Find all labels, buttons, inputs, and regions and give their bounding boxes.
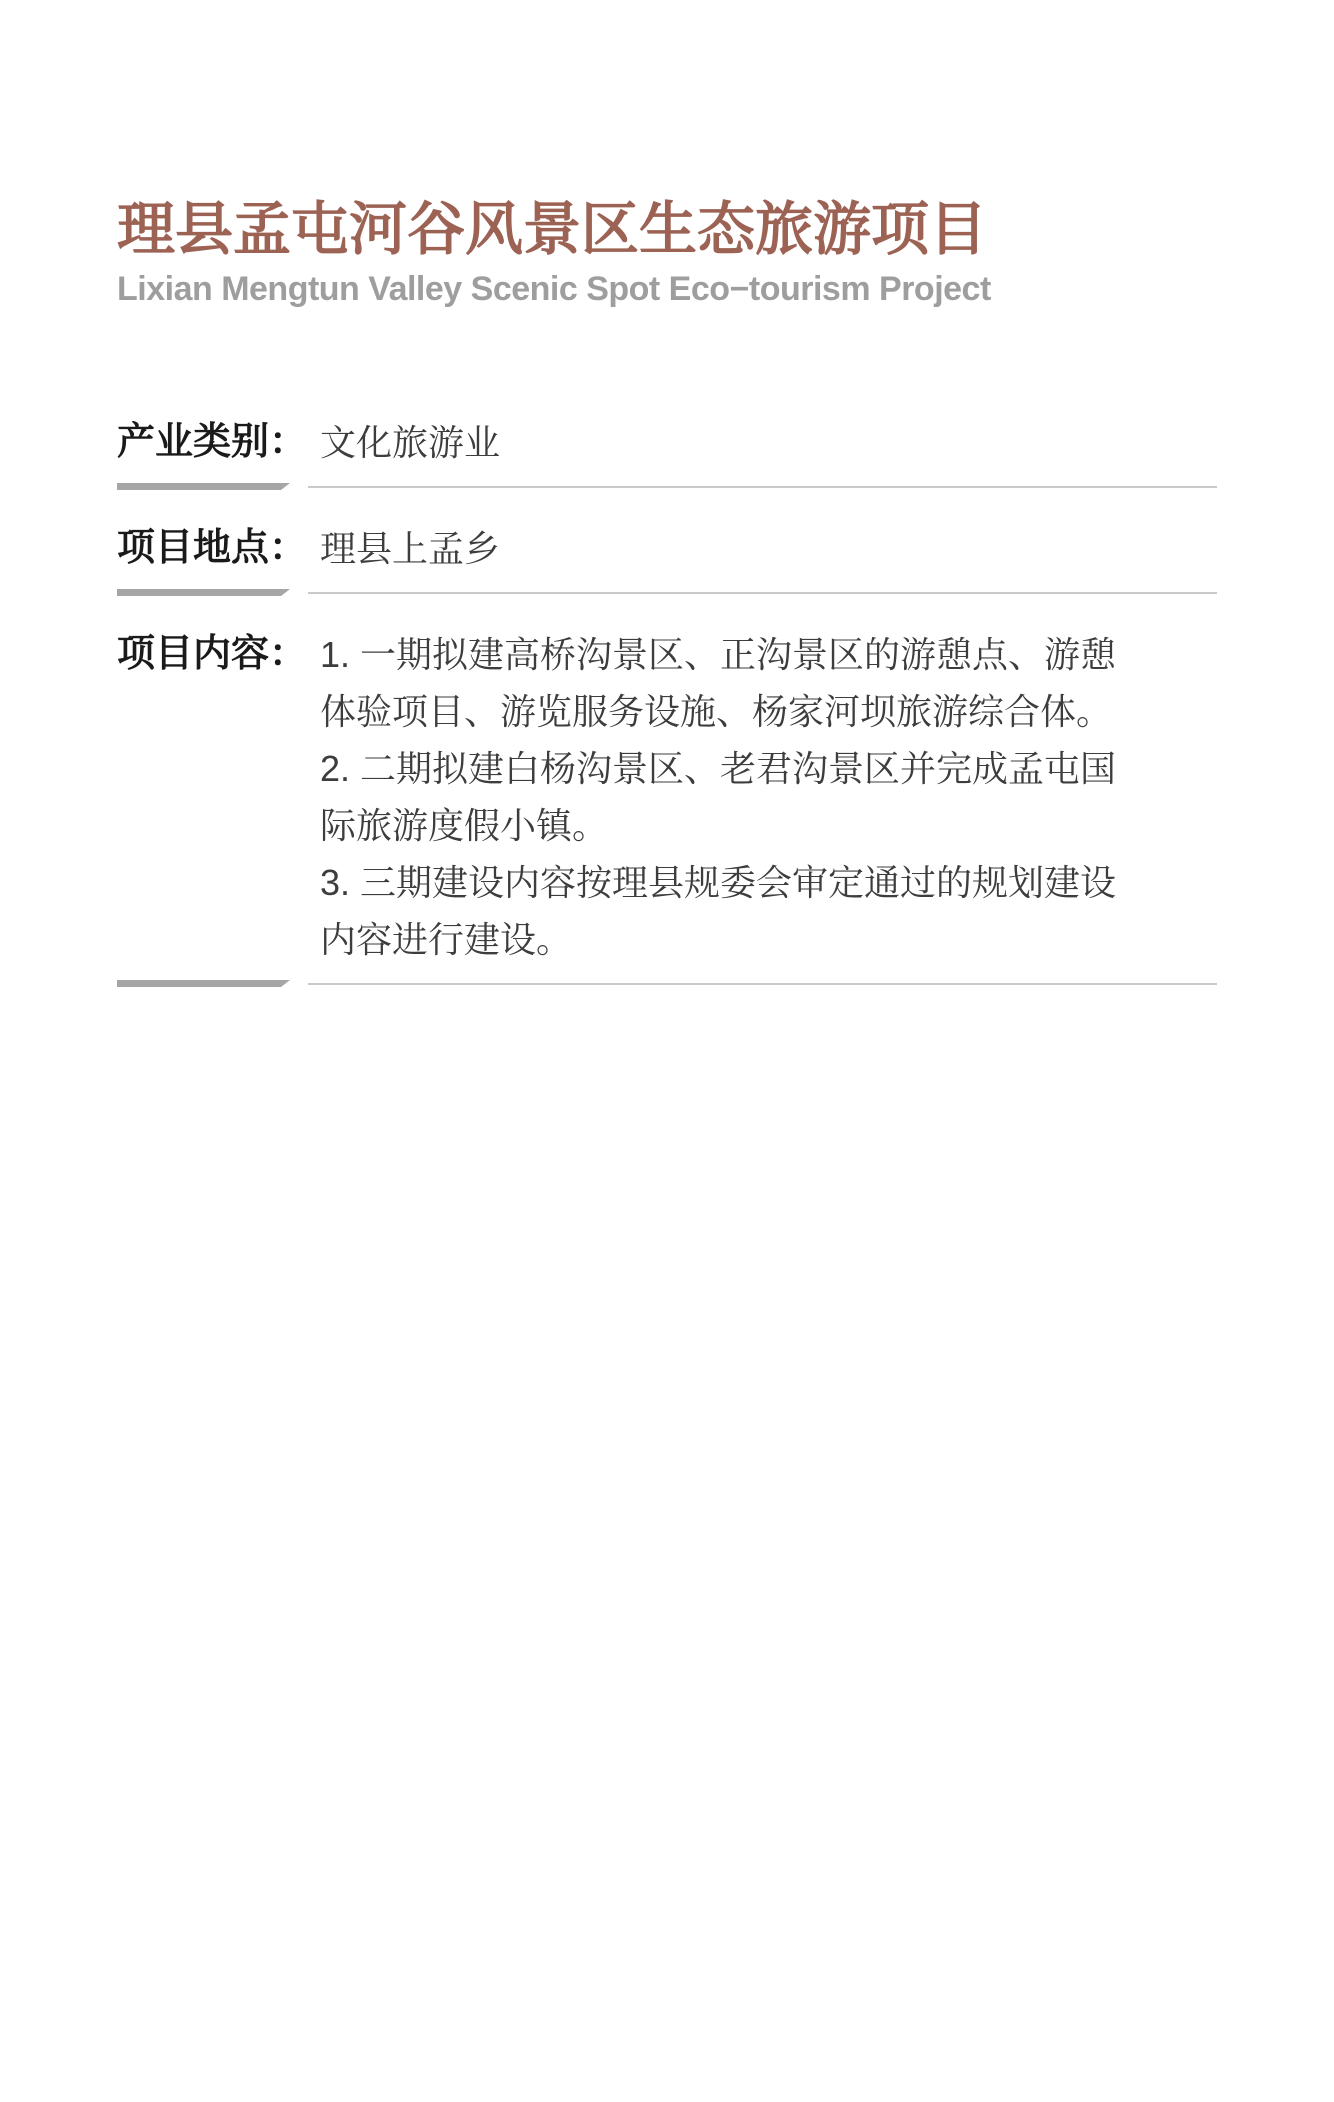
divider-thick-bar [117,980,290,987]
field-row-text: 项目地点： 理县上孟乡 [117,520,1334,577]
divider-gap [290,483,308,490]
divider [117,483,1334,490]
field-row-text: 产业类别： 文化旅游业 [117,414,1334,471]
field-value-project-content: 1. 一期拟建高桥沟景区、正沟景区的游憩点、游憩体验项目、游览服务设施、杨家河坝… [320,626,1130,968]
divider-thick-bar [117,589,290,596]
field-row-text: 项目内容： 1. 一期拟建高桥沟景区、正沟景区的游憩点、游憩体验项目、游览服务设… [117,626,1334,968]
project-content-phase-3: 3. 三期建设内容按理县规委会审定通过的规划建设内容进行建设。 [320,854,1130,968]
divider-thin-line [308,592,1217,594]
project-content-phase-2: 2. 二期拟建白杨沟景区、老君沟景区并完成孟屯国际旅游度假小镇。 [320,740,1130,854]
page-subtitle: Lixian Mengtun Valley Scenic Spot Eco−to… [117,269,1334,310]
field-row-project-location: 项目地点： 理县上孟乡 [117,520,1334,596]
field-row-industry-category: 产业类别： 文化旅游业 [117,414,1334,490]
divider-thin-line [308,983,1217,985]
field-label-industry-category: 产业类别： [117,414,320,471]
field-value-text: 理县上孟乡 [320,520,1130,577]
document-page: 理县孟屯河谷风景区生态旅游项目 Lixian Mengtun Valley Sc… [0,0,1334,2102]
field-list: 产业类别： 文化旅游业 项目地点： 理县上孟乡 [117,414,1334,987]
field-value-text: 文化旅游业 [320,414,1130,471]
field-value-project-location: 理县上孟乡 [320,520,1130,577]
divider [117,589,1334,596]
divider-gap [290,980,308,987]
field-value-industry-category: 文化旅游业 [320,414,1130,471]
field-label-project-location: 项目地点： [117,520,320,577]
divider [117,980,1334,987]
project-content-phase-1: 1. 一期拟建高桥沟景区、正沟景区的游憩点、游憩体验项目、游览服务设施、杨家河坝… [320,626,1130,740]
field-label-project-content: 项目内容： [117,626,320,683]
divider-thick-bar [117,483,290,490]
divider-gap [290,589,308,596]
divider-thin-line [308,486,1217,488]
field-row-project-content: 项目内容： 1. 一期拟建高桥沟景区、正沟景区的游憩点、游憩体验项目、游览服务设… [117,626,1334,987]
page-title: 理县孟屯河谷风景区生态旅游项目 [117,196,1334,263]
